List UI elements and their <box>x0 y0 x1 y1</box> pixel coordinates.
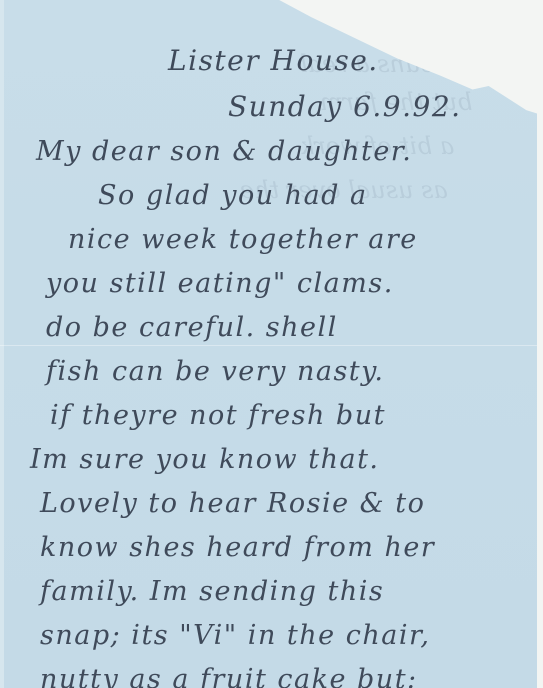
letter-body-line: know shes heard from her <box>40 532 435 563</box>
letter-body-line: if theyre not fresh but <box>50 400 386 431</box>
paper-fold-line <box>0 345 537 346</box>
letter-body-line: fish can be very nasty. <box>46 356 384 387</box>
letter-address: Lister House. <box>168 44 379 77</box>
letter-body-line: snap; its "Vi" in the chair, <box>40 620 430 651</box>
letter-body-line: family. Im sending this <box>40 576 384 607</box>
letter-body-line: nutty as a fruit cake but: <box>40 664 418 688</box>
letter-paper: means a real but the farm a bit of work … <box>0 0 537 688</box>
letter-salutation: My dear son & daughter. <box>36 136 412 167</box>
letter-date: Sunday 6.9.92. <box>228 90 462 123</box>
letter-body-line: So glad you had a <box>98 180 368 211</box>
paper-left-edge <box>0 0 4 688</box>
letter-body-line: you still eating" clams. <box>46 268 394 299</box>
letter-body-line: Lovely to hear Rosie & to <box>40 488 425 519</box>
letter-body-line: nice week together are <box>68 224 418 255</box>
letter-body-line: do be careful. shell <box>46 312 338 343</box>
letter-body-line: Im sure you know that. <box>30 444 380 475</box>
